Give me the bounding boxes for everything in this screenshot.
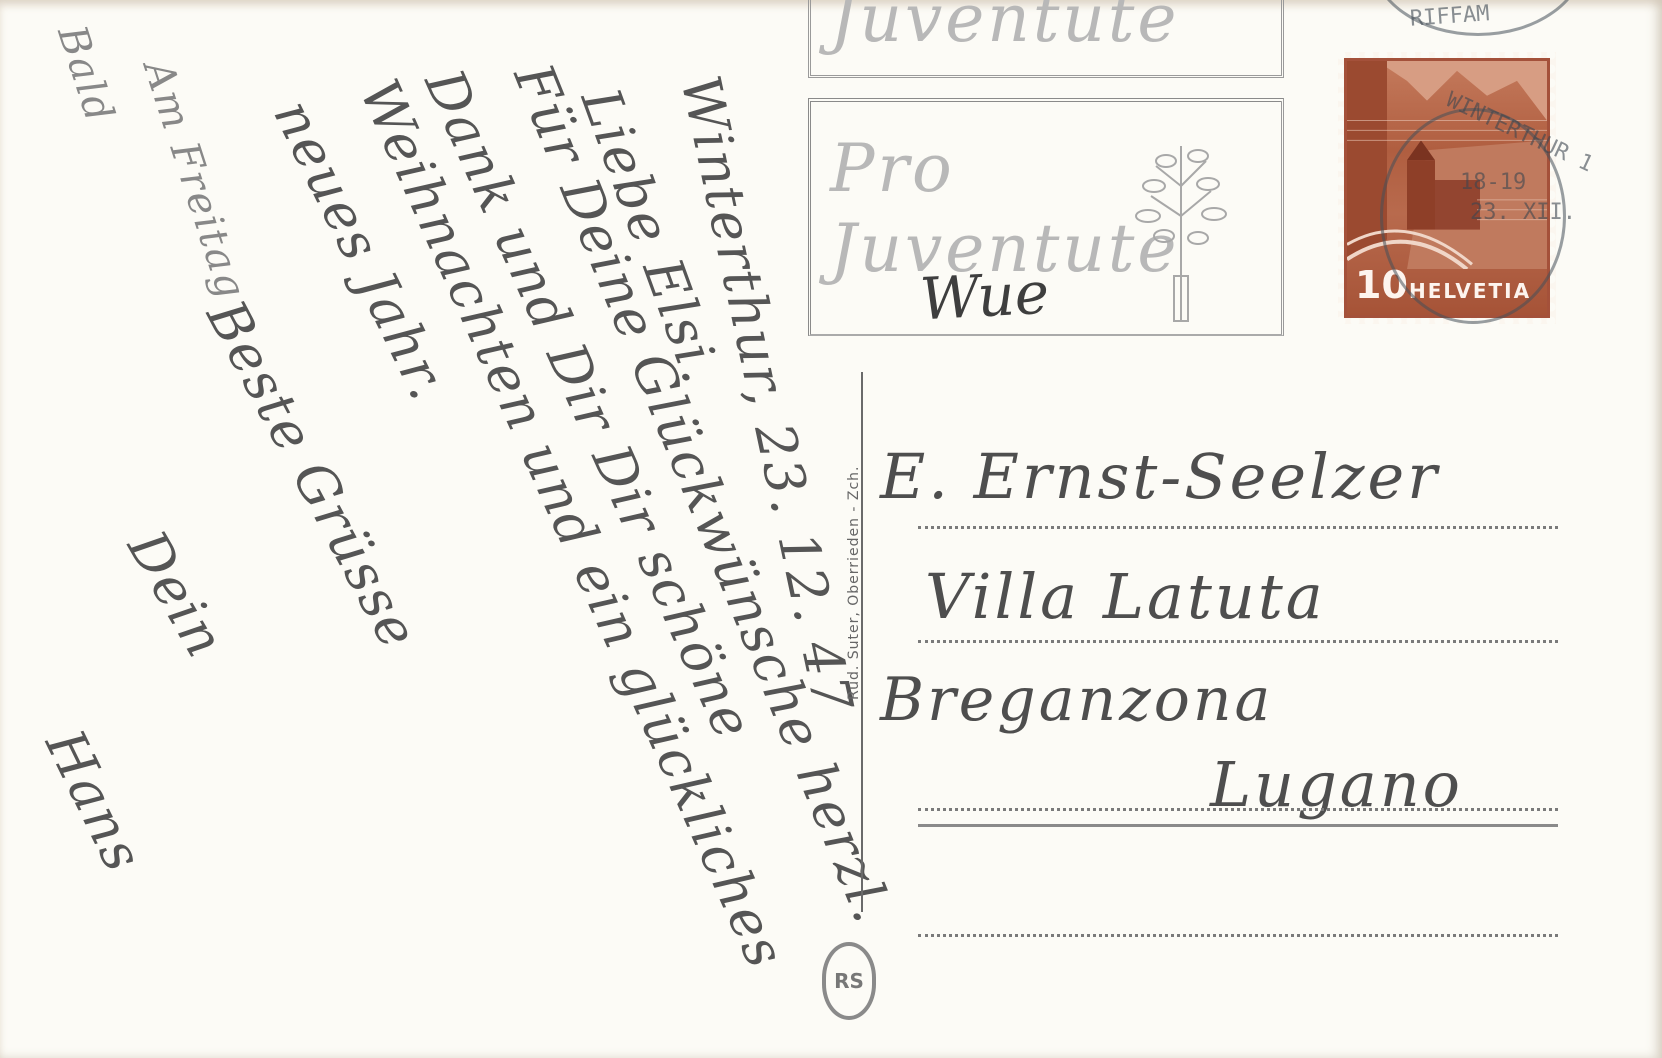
message-margin-line: Am Freitag: [134, 55, 255, 305]
address-rule: [918, 640, 1558, 643]
address-line-street: Villa Latuta: [925, 560, 1326, 633]
postmark-time: 18-19: [1460, 170, 1526, 195]
routing-note: Wue: [918, 259, 1050, 334]
message-margin-line: Bald: [48, 20, 123, 129]
address-line-name: E. Ernst-Seelzer: [880, 440, 1440, 513]
slogan-text-top: Juventute: [830, 0, 1179, 57]
publisher-logo: RS: [822, 942, 876, 1020]
message-line: Hans: [33, 720, 155, 882]
postmark-date: 23. XII.: [1470, 200, 1576, 225]
address-rule-underline: [918, 824, 1558, 827]
address-rule: [918, 808, 1558, 811]
tree-icon: [1126, 126, 1236, 326]
slogan-text-line-1: Pro: [830, 130, 955, 207]
postcard: Winterthur, 23. 12. 47 Liebe Elsi. Für D…: [0, 0, 1662, 1058]
address-line-locality: Breganzona: [880, 665, 1273, 735]
address-rule: [918, 934, 1558, 937]
publisher-imprint: Rud. Suter, Oberrieden - Zch.: [846, 465, 862, 700]
message-line: Dein: [115, 520, 237, 669]
address-rule: [918, 526, 1558, 529]
